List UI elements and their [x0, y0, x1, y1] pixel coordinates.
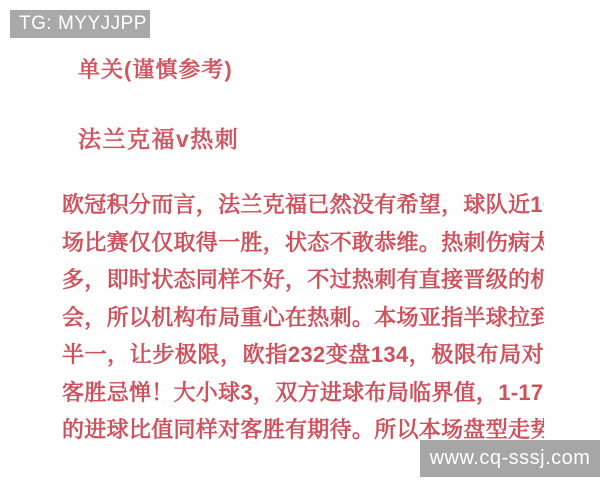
paragraph-line: 场比赛仅仅取得一胜，状态不敢恭维。热刺伤病太 [62, 224, 544, 262]
paragraph-line: 欧冠积分而言，法兰克福已然没有希望，球队近10 [62, 186, 544, 224]
paragraph-line: 半一，让步极限，欧指232变盘134，极限布局对 [62, 336, 544, 374]
paragraph-line: 客胜忌惮！大小球3，双方进球布局临界值，1-175 [62, 374, 544, 412]
article-page: TG: MYYJJPP 单关(谨慎参考) 法兰克福v热刺 欧冠积分而言，法兰克福… [0, 0, 600, 480]
telegram-handle-badge: TG: MYYJJPP [10, 10, 150, 38]
match-title: 法兰克福v热刺 [78, 121, 239, 154]
analysis-paragraph: 欧冠积分而言，法兰克福已然没有希望，球队近10 场比赛仅仅取得一胜，状态不敢恭维… [62, 186, 544, 449]
post-title: 单关(谨慎参考) [78, 53, 233, 84]
paragraph-line: 多，即时状态同样不好，不过热刺有直接晋级的机 [62, 261, 544, 299]
site-watermark: www.cq-sssj.com [420, 440, 600, 477]
paragraph-line: 会，所以机构布局重心在热刺。本场亚指半球拉到 [62, 299, 544, 337]
